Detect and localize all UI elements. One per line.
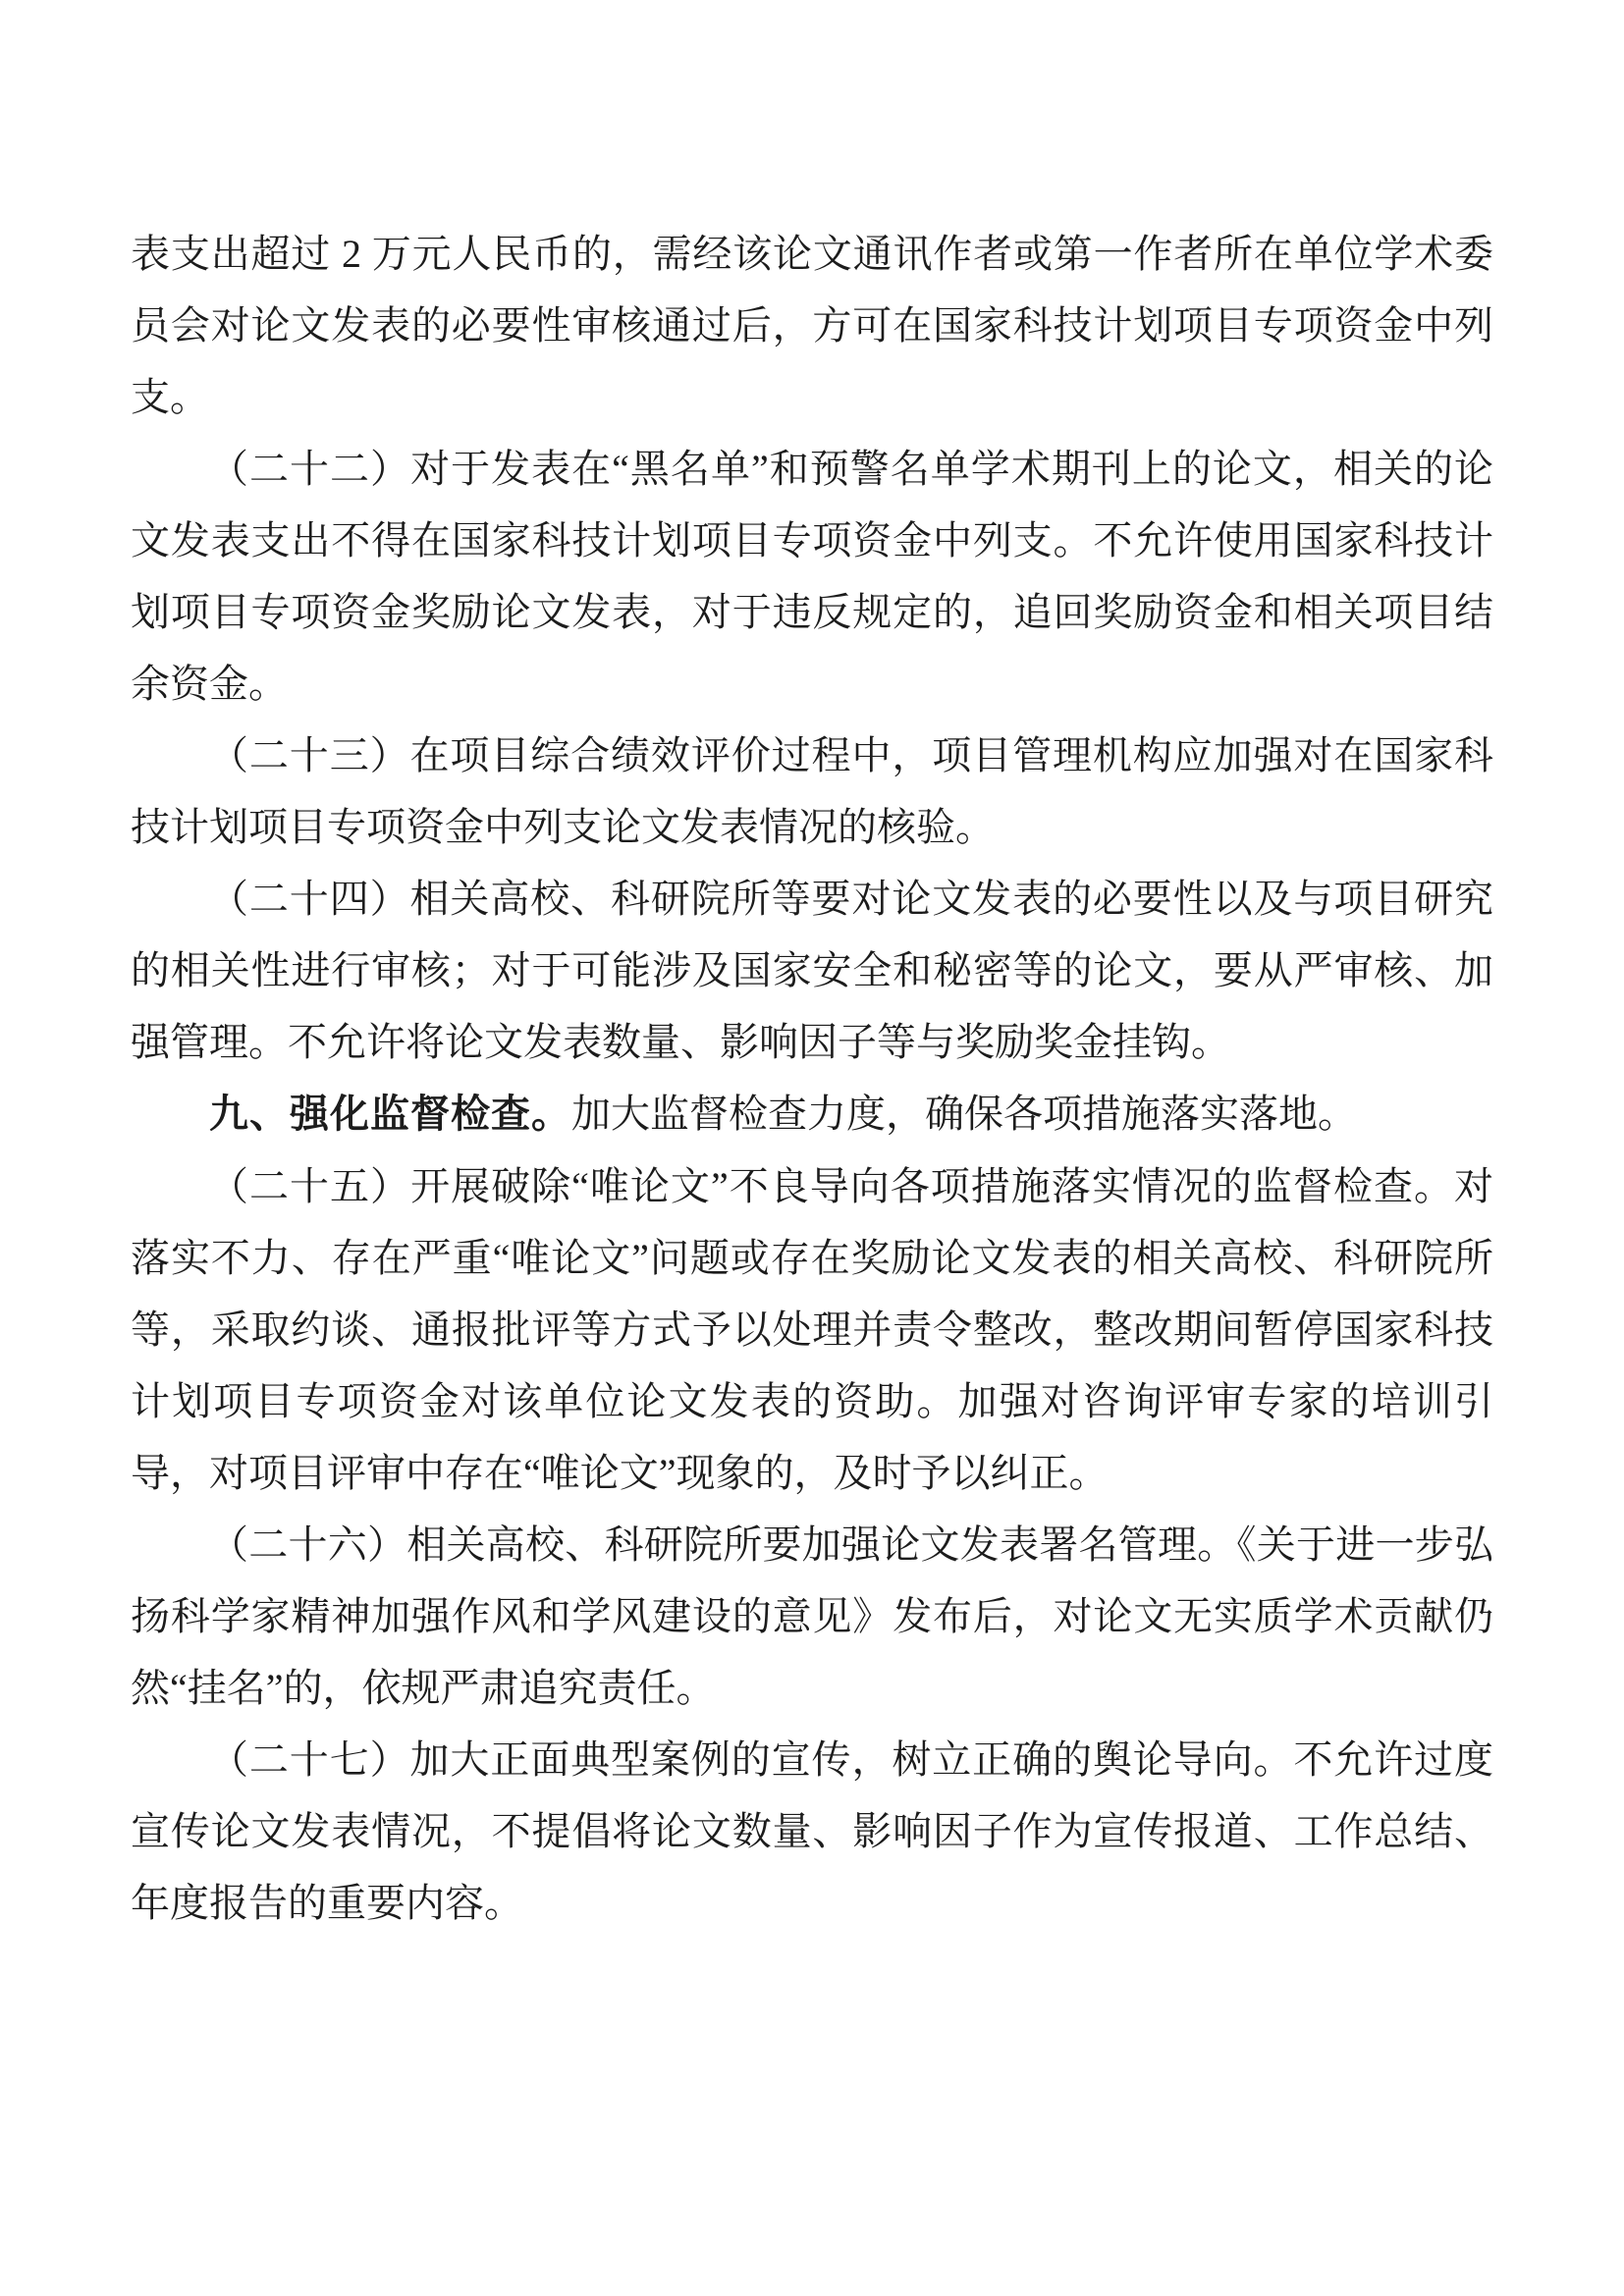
- section-9-text: 加大监督检查力度，确保各项措施落实落地。: [571, 1092, 1357, 1136]
- document-body: 表支出超过 2 万元人民币的，需经该论文通讯作者或第一作者所在单位学术委员会对论…: [131, 218, 1493, 1939]
- paragraph-item-22: （二十二）对于发表在“黑名单”和预警名单学术期刊上的论文，相关的论文发表支出不得…: [131, 433, 1493, 720]
- paragraph-item-27: （二十七）加大正面典型案例的宣传，树立正确的舆论导向。不允许过度宣传论文发表情况…: [131, 1724, 1493, 1939]
- paragraph-section-9: 九、强化监督检查。加大监督检查力度，确保各项措施落实落地。: [131, 1078, 1493, 1150]
- document-page: 表支出超过 2 万元人民币的，需经该论文通讯作者或第一作者所在单位学术委员会对论…: [0, 0, 1624, 2296]
- section-9-heading: 九、强化监督检查。: [209, 1093, 571, 1136]
- paragraph-item-24: （二十四）相关高校、科研院所等要对论文发表的必要性以及与项目研究的相关性进行审核…: [131, 863, 1493, 1078]
- paragraph-item-23: （二十三）在项目综合绩效评价过程中，项目管理机构应加强对在国家科技计划项目专项资…: [131, 720, 1493, 863]
- paragraph-continuation: 表支出超过 2 万元人民币的，需经该论文通讯作者或第一作者所在单位学术委员会对论…: [131, 218, 1493, 433]
- paragraph-item-26: （二十六）相关高校、科研院所要加强论文发表署名管理。《关于进一步弘扬科学家精神加…: [131, 1509, 1493, 1724]
- paragraph-item-25: （二十五）开展破除“唯论文”不良导向各项措施落实情况的监督检查。对落实不力、存在…: [131, 1150, 1493, 1509]
